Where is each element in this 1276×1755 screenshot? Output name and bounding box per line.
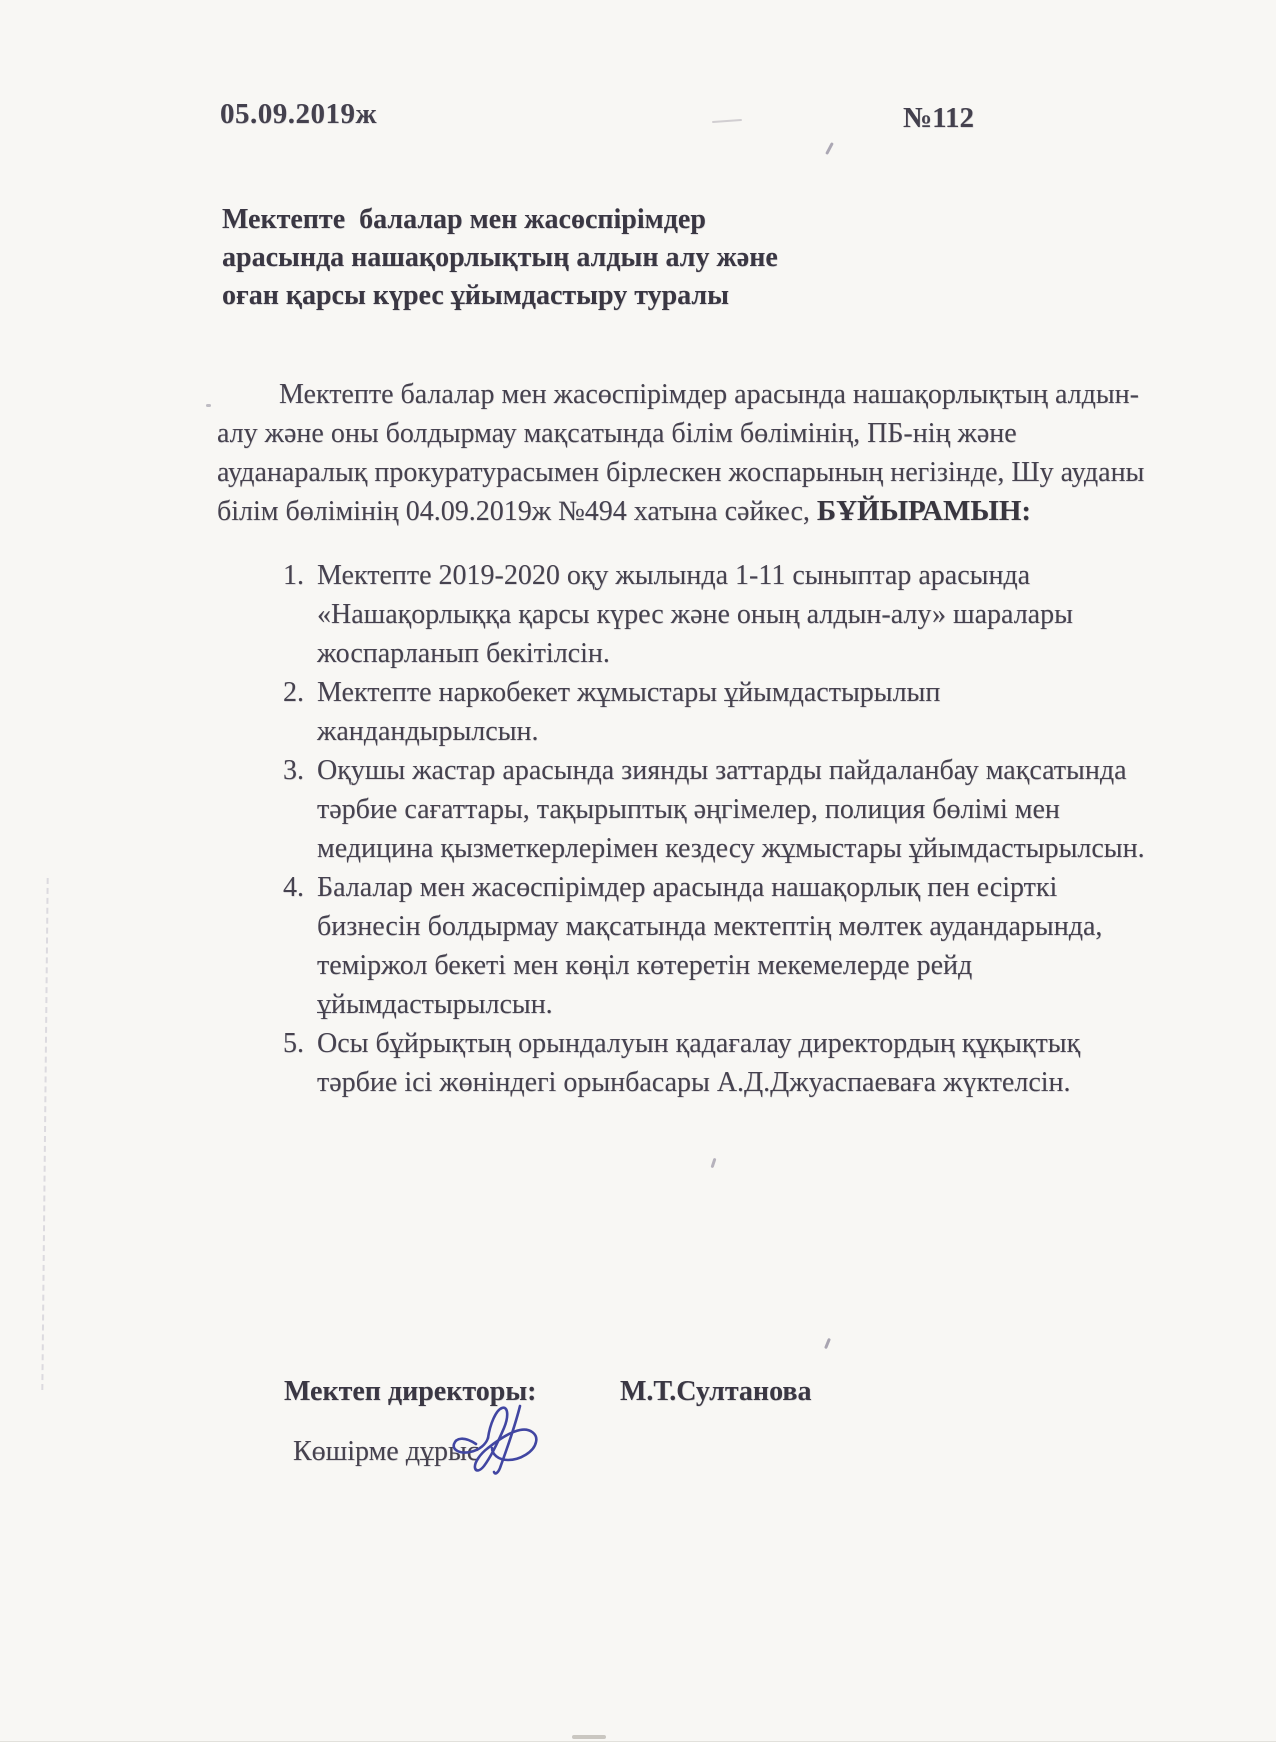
order-title: Мектепте балалар мен жасөспірімдер арасы… bbox=[222, 201, 782, 315]
item-number: 5. bbox=[283, 1024, 317, 1063]
document-page: 05.09.2019ж №112 Мектепте балалар мен жа… bbox=[0, 0, 1276, 1742]
order-items-list: 1. Мектепте 2019-2020 оқу жылында 1-11 с… bbox=[283, 556, 1217, 1102]
order-item-5: 5. Осы бұйрықтың орындалуын қадағалау ди… bbox=[283, 1024, 1217, 1102]
item-text: Мектепте наркобекет жұмыстары ұйымдастыр… bbox=[317, 673, 1217, 751]
item-number: 4. bbox=[283, 868, 317, 907]
item-number: 3. bbox=[283, 751, 317, 790]
order-item-1: 1. Мектепте 2019-2020 оқу жылында 1-11 с… bbox=[283, 556, 1217, 673]
item-number: 2. bbox=[283, 673, 317, 712]
item-text: Мектепте 2019-2020 оқу жылында 1-11 сыны… bbox=[317, 556, 1217, 673]
intro-paragraph: Мектепте балалар мен жасөспірімдер арасы… bbox=[217, 375, 1197, 531]
paper-crease-line bbox=[41, 878, 48, 1390]
item-text: Осы бұйрықтың орындалуын қадағалау дирек… bbox=[317, 1024, 1217, 1102]
order-item-4: 4. Балалар мен жасөспірімдер арасында на… bbox=[283, 868, 1217, 1024]
scan-mark bbox=[712, 119, 742, 123]
item-text: Оқушы жастар арасында зиянды заттарды па… bbox=[317, 751, 1217, 868]
signature-name: М.Т.Султанова bbox=[620, 1376, 812, 1408]
order-item-3: 3. Оқушы жастар арасында зиянды заттарды… bbox=[283, 751, 1217, 868]
scan-mark bbox=[824, 1338, 831, 1349]
scan-mark bbox=[206, 404, 211, 407]
item-number: 1. bbox=[283, 556, 317, 595]
doc-date: 05.09.2019ж bbox=[220, 98, 377, 131]
scan-mark bbox=[572, 1735, 606, 1739]
order-item-2: 2. Мектепте наркобекет жұмыстары ұйымдас… bbox=[283, 673, 1217, 751]
scan-mark bbox=[825, 142, 834, 155]
item-text: Балалар мен жасөспірімдер арасында нашақ… bbox=[317, 868, 1217, 1024]
order-word: БҰЙЫРАМЫН: bbox=[817, 495, 1031, 527]
doc-number: №112 bbox=[903, 102, 974, 135]
handwritten-signature bbox=[446, 1402, 542, 1478]
scan-mark bbox=[711, 1158, 717, 1168]
